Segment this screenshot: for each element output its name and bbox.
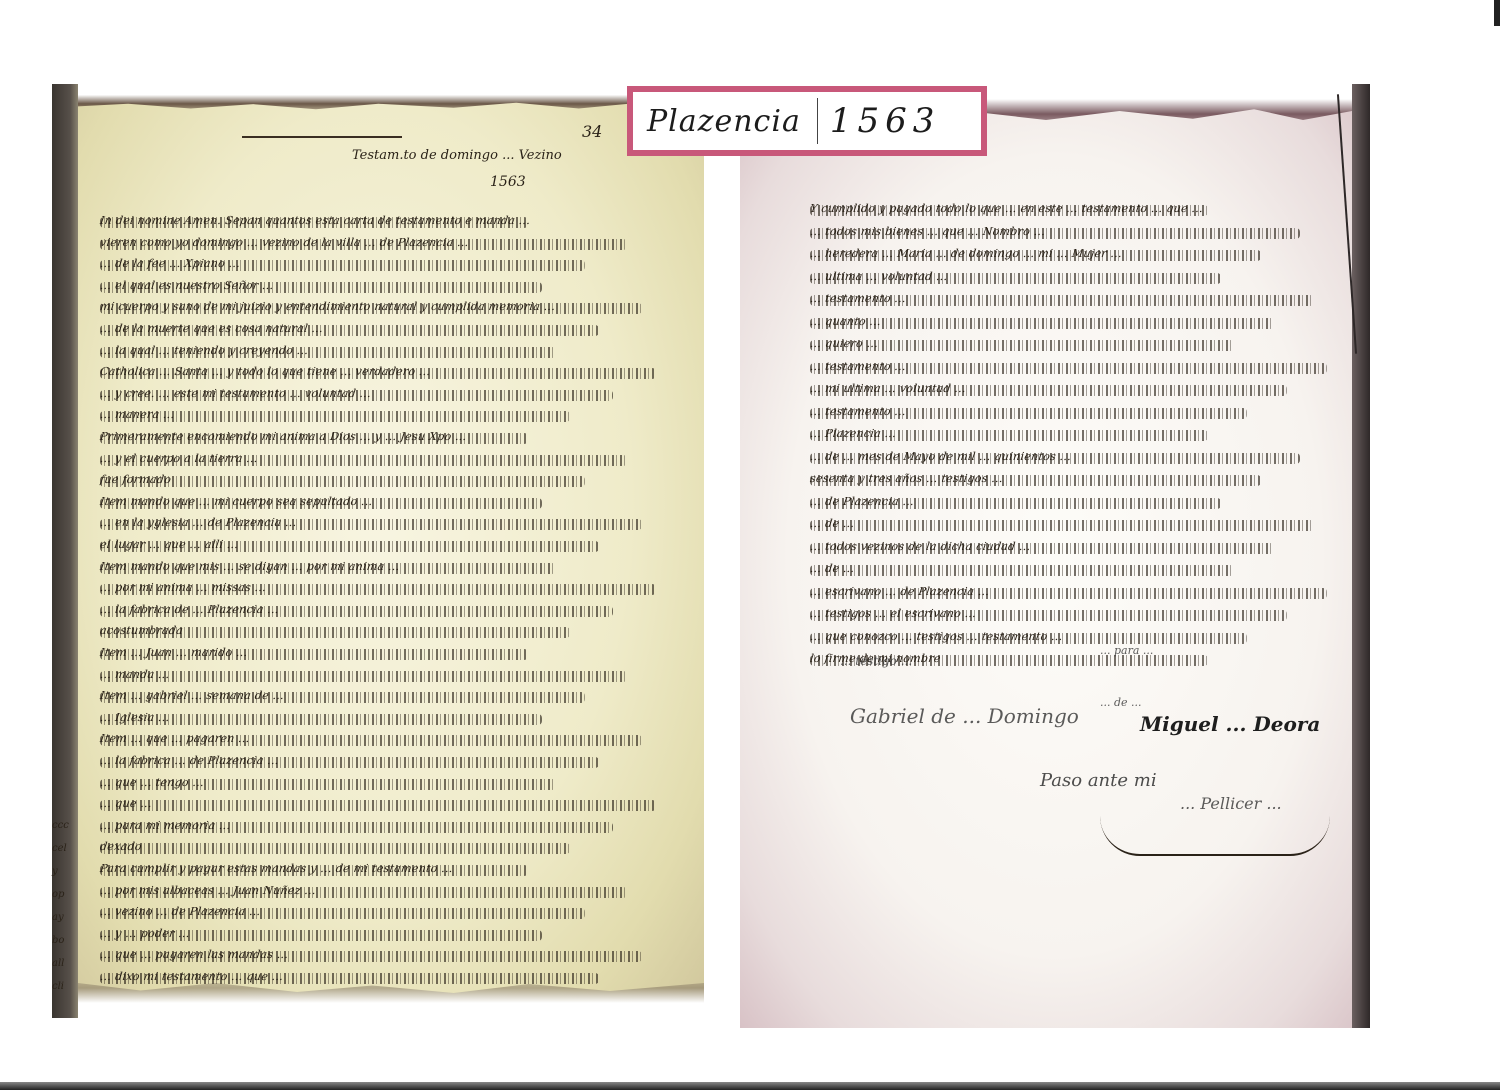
ink-stroke [100, 476, 585, 487]
ink-stroke [810, 385, 1287, 396]
ink-stroke [100, 411, 570, 422]
ink-stroke [100, 627, 570, 638]
label-divider [817, 98, 818, 144]
ink-stroke [100, 649, 528, 660]
margin-note: y [52, 866, 76, 877]
ink-stroke [100, 325, 599, 336]
signature-flourish [1100, 814, 1330, 856]
margin-note: all [52, 958, 76, 969]
ink-stroke [100, 822, 613, 833]
signature-notary: ... Pellicer ... [1180, 794, 1282, 813]
label-place: Plazencia [647, 104, 801, 139]
signature-miguel: Miguel ... Deora [1140, 712, 1320, 736]
witness-note: ... para ... [1100, 644, 1153, 657]
left-folio: 34 Testam.to de domingo ... Vezino 1563 … [52, 84, 704, 1018]
ink-stroke [100, 930, 542, 941]
ink-stroke [100, 908, 585, 919]
ink-stroke [810, 475, 1261, 486]
ink-stroke [100, 843, 570, 854]
ink-stroke [810, 228, 1300, 239]
right-page-text-lines: Y cumplido y pagado todo lo que ... en e… [740, 84, 1370, 1028]
ink-stroke [100, 584, 656, 595]
ink-stroke [810, 610, 1287, 621]
ink-stroke [810, 520, 1314, 531]
ink-stroke [810, 318, 1274, 329]
margin-note: op [52, 889, 76, 900]
margin-note: bo [52, 935, 76, 946]
notary-attestation: Paso ante mi [1040, 770, 1157, 791]
ink-stroke [810, 633, 1247, 644]
ink-stroke [810, 273, 1221, 284]
ink-stroke [100, 239, 627, 250]
ink-stroke [100, 735, 642, 746]
left-page-text-lines: In dei nomine Amen. Sepan quantos esta c… [52, 84, 704, 1018]
ink-stroke [810, 340, 1234, 351]
ink-stroke [100, 606, 613, 617]
scan-bottom-edge [0, 1082, 1500, 1090]
ink-stroke [100, 541, 599, 552]
archive-label: Plazencia 1563 [627, 86, 987, 156]
margin-note: ay [52, 912, 76, 923]
ink-stroke [100, 433, 528, 444]
margin-note: cel [52, 843, 76, 854]
ink-stroke [100, 347, 556, 358]
ink-stroke [100, 455, 627, 466]
left-margin-notes: ccccelyopayboallcli [52, 820, 76, 1004]
ink-stroke [100, 260, 585, 271]
ink-stroke [810, 588, 1327, 599]
ink-stroke [810, 408, 1247, 419]
ink-stroke [810, 295, 1314, 306]
witness-note: ... de ... [1100, 696, 1142, 709]
ink-stroke [100, 217, 528, 228]
ink-stroke [810, 363, 1327, 374]
ink-stroke [100, 757, 599, 768]
right-folio: Y cumplido y pagado todo lo que ... en e… [740, 84, 1370, 1028]
ink-stroke [810, 543, 1274, 554]
label-year: 1563 [830, 101, 941, 141]
signature-gabriel: Gabriel de ... Domingo [850, 704, 1079, 728]
ink-stroke [100, 951, 642, 962]
ink-stroke [810, 453, 1300, 464]
ink-stroke [100, 865, 528, 876]
ink-stroke [100, 671, 627, 682]
ink-stroke [100, 563, 556, 574]
ink-stroke [100, 282, 542, 293]
ink-stroke [100, 800, 656, 811]
ink-stroke [100, 779, 556, 790]
ink-stroke [810, 430, 1208, 441]
ink-stroke [810, 250, 1261, 261]
scan-corner-mark [1494, 0, 1500, 26]
ink-stroke [100, 498, 542, 509]
margin-note: cli [52, 981, 76, 992]
ink-stroke [100, 368, 656, 379]
ink-stroke [100, 390, 613, 401]
ink-stroke [810, 565, 1234, 576]
ink-stroke [810, 498, 1221, 509]
margin-note: ccc [52, 820, 76, 831]
witness-note: ... testigo ... [840, 654, 912, 668]
ink-stroke [100, 714, 542, 725]
ink-stroke [100, 887, 627, 898]
ink-stroke [100, 692, 585, 703]
ink-stroke [100, 519, 642, 530]
ink-stroke [100, 303, 642, 314]
ink-stroke [810, 205, 1208, 216]
ink-stroke [100, 973, 599, 984]
